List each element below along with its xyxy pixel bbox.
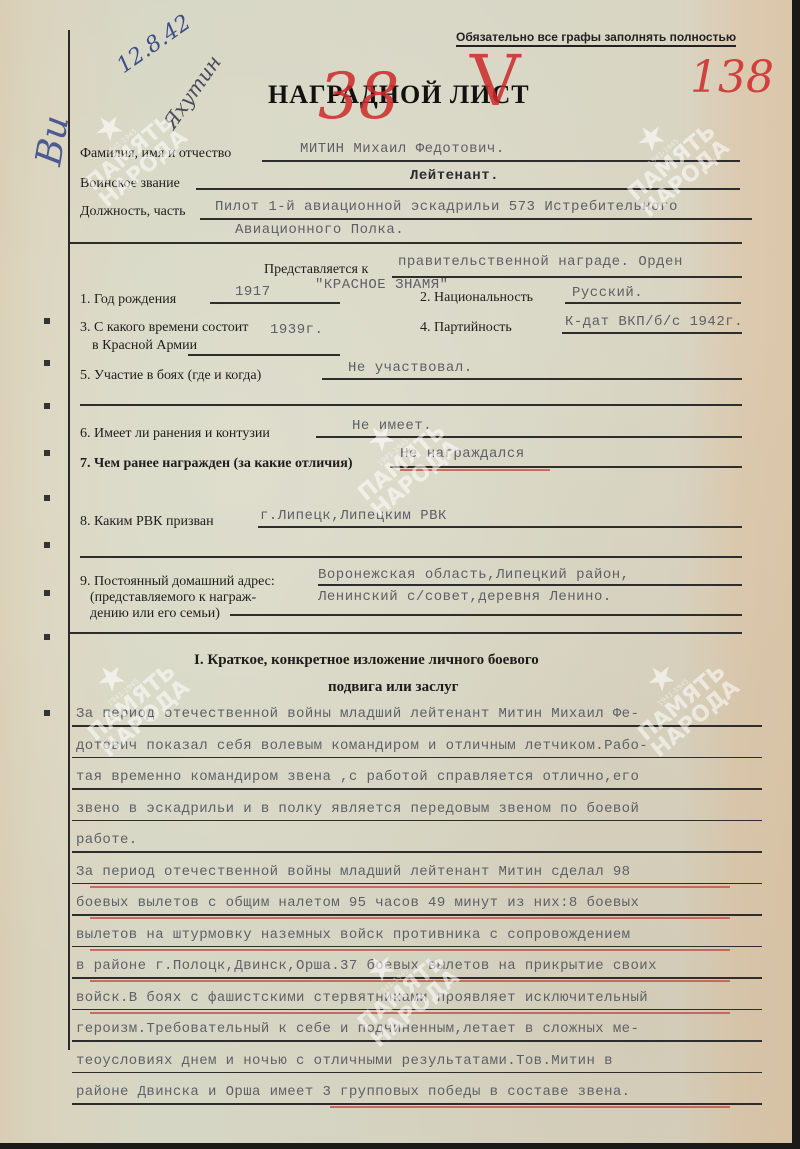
wounds-label: 6. Имеет ли ранения и контузии <box>80 426 270 442</box>
underline <box>562 332 742 334</box>
birth-year-label: 1. Год рождения <box>80 292 176 308</box>
address-label-line1: 9. Постоянный домашний адрес: <box>80 574 275 590</box>
address-label-line2: (представляемого к награж- <box>90 590 256 606</box>
birth-year-value: 1917 <box>235 284 271 300</box>
position-value-line2: Авиационного Полка. <box>235 222 404 238</box>
underline <box>565 302 741 304</box>
underline <box>72 1040 762 1042</box>
address-value-line2: Ленинский с/совет,деревня Ленино. <box>318 589 612 605</box>
binding-hole <box>44 495 50 501</box>
section-title-line1: I. Краткое, конкретное изложение личного… <box>194 652 539 669</box>
red-underline <box>330 1106 730 1108</box>
narrative-line: тая временно командиром звена ,с работой… <box>76 769 639 785</box>
binding-hole <box>44 403 50 409</box>
red-number-right: 138 <box>690 52 774 103</box>
red-check-mark: V <box>470 40 521 122</box>
narrative-line: звено в эскадрильи и в полку является пе… <box>76 801 639 817</box>
narrative-line: теоусловиях днем и ночью с отличными рез… <box>76 1053 613 1069</box>
army-since-label-line1: 3. С какого времени состоит <box>80 320 248 336</box>
address-label-line3: дению или его семьи) <box>90 606 220 622</box>
underline <box>72 883 762 885</box>
underline <box>322 378 742 380</box>
binding-hole <box>44 634 50 640</box>
award-sheet-page: Обязательно все графы заполнять полность… <box>0 0 792 1143</box>
name-value: МИТИН Михаил Федотович. <box>300 141 505 157</box>
narrative-line: боевых вылетов с общим налетом 95 часов … <box>76 895 639 911</box>
underline <box>258 526 742 528</box>
red-underline <box>90 886 730 888</box>
watermark: ★1941-1945ПАМЯТЬНАРОДА <box>330 391 464 522</box>
address-value-line1: Воронежская область,Липецкий район, <box>318 567 630 583</box>
handwritten-date: 12.8.42 <box>112 10 195 79</box>
narrative-line: районе Двинска и Орша имеет 3 групповых … <box>76 1084 631 1100</box>
section-divider <box>70 632 742 634</box>
nationality-value: Русский. <box>572 285 643 301</box>
underline <box>70 242 742 244</box>
narrative-line: работе. <box>76 832 138 848</box>
binding-hole <box>44 360 50 366</box>
rank-value: Лейтенант. <box>410 168 499 184</box>
presented-value-line1: правительственной награде. Орден <box>398 254 683 270</box>
underline <box>230 614 742 616</box>
underline <box>72 1103 762 1105</box>
binding-hole <box>44 450 50 456</box>
position-label: Должность, часть <box>80 204 186 220</box>
red-number-top: 38 <box>318 60 399 134</box>
binding-hole <box>44 318 50 324</box>
section-title-line2: подвига или заслуг <box>328 679 458 696</box>
battles-value: Не участвовал. <box>348 360 473 376</box>
rvk-label: 8. Каким РВК призван <box>80 514 214 530</box>
army-since-label-line2: в Красной Армии <box>92 338 197 354</box>
margin-rule <box>68 30 70 1050</box>
binding-hole <box>44 590 50 596</box>
underline <box>80 556 742 558</box>
prior-awards-label: 7. Чем ранее награжден (за какие отличия… <box>80 456 352 472</box>
binding-hole <box>44 710 50 716</box>
underline <box>188 354 340 356</box>
nationality-label: 2. Национальность <box>420 290 533 306</box>
narrative-line: дотович показал себя волевым командиром … <box>76 738 648 754</box>
narrative-line: вылетов на штурмовку наземных войск прот… <box>76 927 631 943</box>
underline <box>72 820 762 822</box>
underline <box>200 218 752 220</box>
underline <box>72 1072 762 1074</box>
underline <box>72 788 762 790</box>
army-since-value: 1939г. <box>270 322 323 338</box>
red-underline <box>90 917 730 919</box>
presented-label: Представляется к <box>264 262 368 278</box>
party-label: 4. Партийность <box>420 320 512 336</box>
underline <box>72 914 762 916</box>
position-value-line1: Пилот 1-й авиационной эскадрильи 573 Ист… <box>215 199 678 215</box>
party-value: К-дат ВКП/б/с 1942г. <box>565 314 743 330</box>
underline <box>72 851 762 853</box>
binding-hole <box>44 542 50 548</box>
battles-label: 5. Участие в боях (где и когда) <box>80 368 261 384</box>
underline <box>318 584 742 586</box>
underline <box>210 302 340 304</box>
narrative-line: За период отечественной войны младший ле… <box>76 864 631 880</box>
rvk-value: г.Липецк,Липецким РВК <box>260 508 447 524</box>
